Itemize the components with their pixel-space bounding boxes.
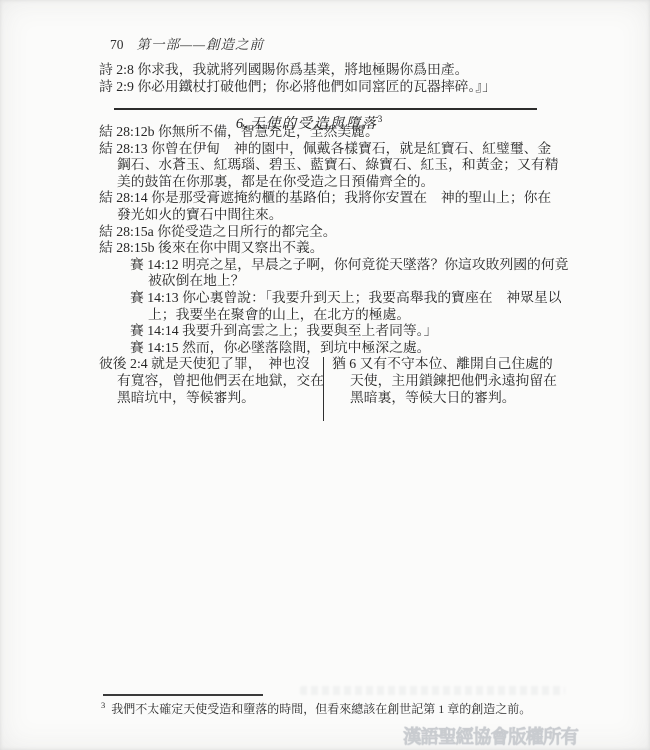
right-column: 猶 6 又有不守本位、離開自己住處的天使，主用鎖鍊把他們永遠拘留在黑暗裏，等候大… [332,356,562,421]
text-line: 賽 14:15 然而，你必墜落陰間，到坑中極深之處。 [130,340,568,357]
text-line: 被砍倒在地上？ [148,273,568,290]
page-number: 70 [110,37,124,52]
section-footnote-marker: 3 [378,114,383,124]
text-line: 賽 14:14 我要升到高雲之上；我要與至上者同等。」 [130,323,568,340]
text-line: 鋼石、水蒼玉、紅瑪瑙、碧玉、藍寶石、綠寶石、紅玉，和黃金；又有精 [117,157,568,174]
footnote-marker: 3 [101,700,105,710]
footnote: 3我們不太確定天使受造和墮落的時間，但看來總該在創世記第 1 章的創造之前。 [101,700,531,717]
text-line: 猶 6 又有不守本位、離開自己住處的 [332,356,562,373]
text-line: 結 28:12b 你無所不備，智慧充足，全然美麗。 [99,124,568,141]
text-line: 彼後 2:4 就是天使犯了罪， 神也沒 [99,356,323,373]
text-line: 賽 14:13 你心裏曾說：「我要升到天上；我要高舉我的寶座在 神眾星以 [130,290,568,307]
psalm-quote-block: 詩 2:8 你求我，我就將列國賜你爲基業，將地極賜你爲田產。詩 2:9 你必用鐵… [99,61,496,94]
text-line: 結 28:13 你曾在伊甸 神的園中，佩戴各樣寶石，就是紅寶石、紅璧璽、金 [99,141,568,158]
text-line: 詩 2:8 你求我，我就將列國賜你爲基業，將地極賜你爲田產。 [99,61,496,78]
left-column: 彼後 2:4 就是天使犯了罪， 神也沒有寬容，曾把他們丟在地獄，交在黑暗坑中，等… [99,356,323,421]
text-line: 天使，主用鎖鍊把他們永遠拘留在 [350,373,562,390]
running-title: 第一部——創造之前 [137,37,265,52]
copyright-watermark: 漢語聖經協會版權所有 [403,723,578,749]
section-divider-rule [114,108,537,110]
text-line: 賽 14:12 明亮之星，早晨之子啊，你何竟從天墜落？你這攻敗列國的何竟 [130,257,568,274]
scanned-page: 70第一部——創造之前 詩 2:8 你求我，我就將列國賜你爲基業，將地極賜你爲田… [0,0,650,750]
text-line: 發光如火的寶石中間往來。 [117,207,568,224]
bleed-through-artifact [300,686,565,695]
text-line: 上；我要坐在聚會的山上，在北方的極處。 [148,307,568,324]
text-line: 美的鼓笛在你那裏，都是在你受造之日預備齊全的。 [117,174,568,191]
verse-block: 結 28:12b 你無所不備，智慧充足，全然美麗。結 28:13 你曾在伊甸 神… [99,124,568,356]
text-line: 結 28:14 你是那受膏遮掩約櫃的基路伯；我將你安置在 神的聖山上；你在 [99,190,568,207]
text-line: 結 28:15a 你從受造之日所行的都完全。 [99,224,568,241]
text-line: 黑暗裏，等候大日的審判。 [350,390,562,407]
text-line: 結 28:15b 後來在你中間又察出不義。 [99,240,568,257]
text-line: 黑暗坑中，等候審判。 [117,390,323,407]
page-header: 70第一部——創造之前 [110,33,264,53]
parallel-verses: 彼後 2:4 就是天使犯了罪， 神也沒有寬容，曾把他們丟在地獄，交在黑暗坑中，等… [99,356,562,421]
text-line: 詩 2:9 你必用鐵杖打破他們；你必將他們如同窰匠的瓦器摔碎。』」 [99,78,496,95]
footnote-rule [103,694,263,696]
footnote-text: 我們不太確定天使受造和墮落的時間，但看來總該在創世記第 1 章的創造之前。 [111,702,531,716]
text-line: 有寬容，曾把他們丟在地獄，交在 [117,373,323,390]
column-divider [323,357,324,421]
